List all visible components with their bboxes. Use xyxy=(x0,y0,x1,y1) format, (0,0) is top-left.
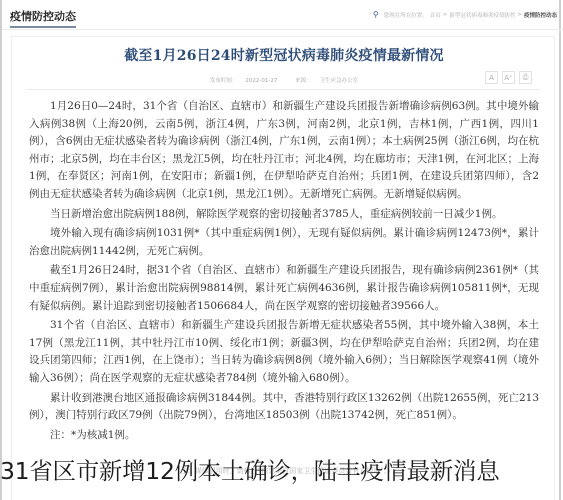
paragraph-new-cases: 1月26日0—24时，31个省（自治区、直辖市）和新疆生产建设兵团报告新增确诊病… xyxy=(29,98,539,204)
breadcrumb-separator: > xyxy=(517,12,522,18)
publish-date: 发布时间：2022-01-27 xyxy=(206,78,281,84)
divider xyxy=(26,89,540,90)
section-title: 疫情防控动态 xyxy=(10,8,76,28)
location-pin-icon: ⚲ xyxy=(373,10,379,19)
font-decrease-icon[interactable]: A xyxy=(485,71,498,84)
publish-date-value: 2022-01-27 xyxy=(245,78,277,84)
breadcrumb-current[interactable]: 疫情防控动态 xyxy=(524,11,557,19)
article-source: 来源：卫生应急办公室 xyxy=(291,78,362,84)
paragraph-recoveries: 当日新增治愈出院病例188例，解除医学观察的密切接触者3785人，重症病例较前一… xyxy=(29,206,539,224)
source-label: 来源： xyxy=(295,78,312,84)
breadcrumb-prefix: 您现在所在位置： xyxy=(384,11,428,19)
article-tools: A A⁺ ⎙ xyxy=(485,71,532,84)
top-bar: 疫情防控动态 ⚲ 您现在所在位置： 首页 > 新型冠状病毒肺炎疫情防控 > 疫情… xyxy=(2,0,563,30)
breadcrumb-home[interactable]: 首页 xyxy=(430,11,441,19)
source-value: 卫生应急办公室 xyxy=(320,78,359,84)
overlay-caption: 31省区市新增12例本土确诊，陆丰疫情最新消息 xyxy=(0,443,563,500)
print-icon[interactable]: ⎙ xyxy=(519,71,532,84)
paragraph-imported: 境外输入现有确诊病例1031例*（其中重症病例1例），无现有疑似病例。累计确诊病… xyxy=(29,225,539,260)
article-meta: 发布时间：2022-01-27 来源：卫生应急办公室 xyxy=(12,76,556,84)
breadcrumb-separator: > xyxy=(443,12,448,18)
breadcrumb: ⚲ 您现在所在位置： 首页 > 新型冠状病毒肺炎疫情防控 > 疫情防控动态 xyxy=(373,10,557,19)
article-body: 1月26日0—24时，31个省（自治区、直辖市）和新疆生产建设兵团报告新增确诊病… xyxy=(29,98,539,446)
article-title: 截至1月26日24时新型冠状病毒肺炎疫情最新情况 xyxy=(12,45,556,65)
paragraph-asymptomatic: 31个省（自治区、直辖市）和新疆生产建设兵团报告新增无症状感染者55例，其中境外… xyxy=(29,317,539,387)
paragraph-note: 注：*为核减1例。 xyxy=(29,427,539,445)
paragraph-cumulative: 截至1月26日24时，据31个省（自治区、直辖市）和新疆生产建设兵团报告，现有确… xyxy=(29,262,539,315)
page-frame: 疫情防控动态 ⚲ 您现在所在位置： 首页 > 新型冠状病毒肺炎疫情防控 > 疫情… xyxy=(0,0,561,500)
paragraph-hk-mo-tw: 累计收到港澳台地区通报确诊病例31844例。其中，香港特别行政区13262例（出… xyxy=(29,390,539,425)
breadcrumb-covid[interactable]: 新型冠状病毒肺炎疫情防控 xyxy=(449,11,515,19)
publish-label: 发布时间： xyxy=(210,78,238,84)
font-increase-icon[interactable]: A⁺ xyxy=(502,71,515,84)
article-card: 截至1月26日24时新型冠状病毒肺炎疫情最新情况 发布时间：2022-01-27… xyxy=(11,36,555,500)
